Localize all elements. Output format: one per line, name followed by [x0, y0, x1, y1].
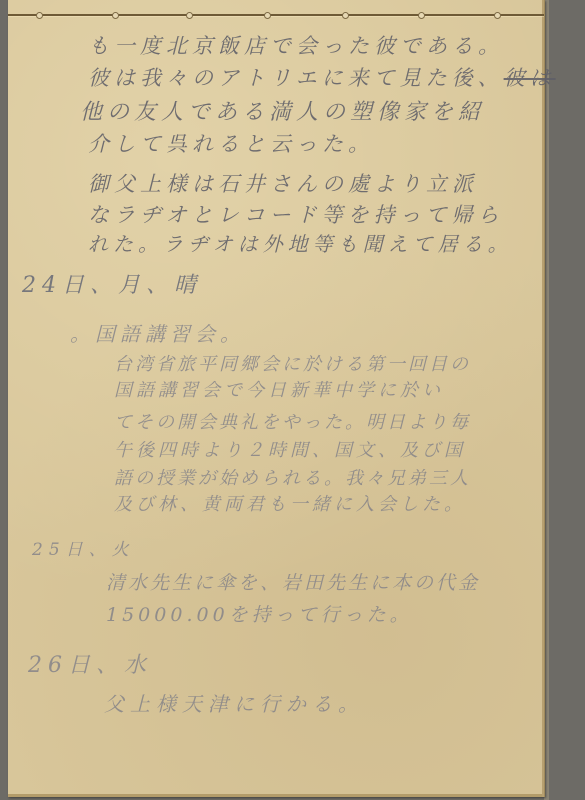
line-text: 彼は我々のアトリエに来て見た後、 [88, 66, 504, 90]
handwritten-line: 介して呉れると云った。 [88, 128, 374, 158]
entry-date: 24日、月、晴 [22, 268, 202, 299]
handwritten-line: てその開会典礼をやった。明日より毎 [114, 408, 471, 434]
binding-hole [186, 12, 193, 19]
handwritten-line: 清水先生に傘を、岩田先生に本の代金 [106, 568, 480, 595]
notebook-page: も一度北京飯店で会った彼である。 彼は我々のアトリエに来て見た後、彼は 他の友人… [8, 0, 545, 797]
handwritten-line: れた。ラヂオは外地等も聞えて居る。 [88, 228, 513, 257]
handwritten-line: 台湾省旅平同郷会に於ける第一回目の [114, 350, 471, 376]
binding-hole [494, 12, 501, 19]
struck-text: 彼は [504, 66, 556, 90]
handwritten-line: 国語講習会で今日新華中学に於い [114, 376, 444, 402]
binding-hole [342, 12, 349, 19]
handwritten-line: 語の授業が始められる。我々兄弟三人 [114, 464, 471, 490]
entry-date: 26日、水 [28, 648, 152, 679]
handwritten-line: も一度北京飯店で会った彼である。 [88, 30, 504, 60]
entry-date: 25日、火 [32, 535, 135, 560]
handwritten-line: 午後四時より２時間、国文、及び国 [114, 436, 466, 462]
handwritten-line: なラヂオとレコード等を持って帰ら [88, 199, 504, 229]
handwritten-line: 及び林、黄両君も一緒に入会した。 [114, 490, 466, 516]
binding-hole [112, 12, 119, 19]
handwritten-line: 他の友人である満人の塑像家を紹 [80, 95, 485, 126]
handwritten-line: 15000.00を持って行った。 [106, 600, 413, 627]
binding-hole [418, 12, 425, 19]
binding-hole [36, 12, 43, 19]
stitched-binding [8, 14, 544, 16]
entry-heading: 。国語講習会。 [70, 318, 245, 347]
handwritten-line: 御父上様は石井さんの處より立派 [88, 168, 478, 198]
handwritten-line: 父上様天津に行かる。 [104, 688, 364, 717]
binding-hole [264, 12, 271, 19]
handwritten-line: 彼は我々のアトリエに来て見た後、彼は [88, 62, 556, 92]
